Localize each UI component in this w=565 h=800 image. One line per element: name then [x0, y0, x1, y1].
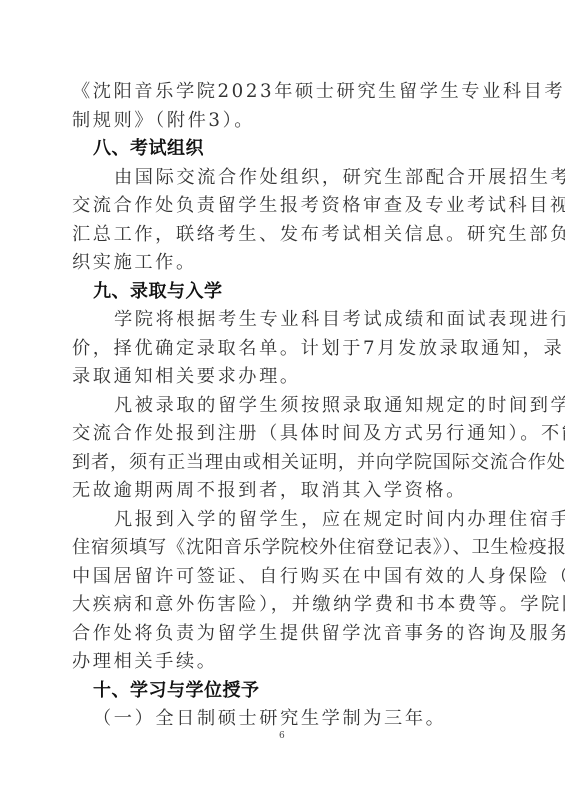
- paragraph-line: 合作处将负责为留学生提供留学沈音事务的咨询及服务，并协助: [72, 620, 496, 649]
- paragraph-line: 中国居留许可签证、自行购买在中国有效的人身保险（须包含重: [72, 563, 496, 592]
- paragraph-line: 交流合作处报到注册（具体时间及方式另行通知）。不能按时报: [72, 420, 496, 449]
- paragraph-line: 价，择优确定录取名单。计划于7月发放录取通知，录取手续按: [72, 335, 496, 364]
- paragraph-line: 大疾病和意外伤害险），并缴纳学费和书本费等。学院国际交流: [72, 591, 496, 620]
- paragraph-line: 凡报到入学的留学生，应在规定时间内办理住宿手续（校外: [72, 506, 496, 535]
- paragraph-line: 汇总工作，联络考生、发布考试相关信息。研究生部负责考试组: [72, 221, 496, 250]
- page-number: 6: [279, 731, 285, 741]
- paragraph-line: 住宿须填写《沈阳音乐学院校外住宿登记表》）、卫生检疫报告、: [72, 534, 496, 563]
- paragraph-line: 织实施工作。: [72, 249, 496, 278]
- document-page: 《沈阳音乐学院2023年硕士研究生留学生专业科目考试视频录 制规则》（附件3）。…: [72, 78, 496, 734]
- section-heading-exam-organization: 八、考试组织: [72, 135, 496, 164]
- section-heading-study-and-degree: 十、学习与学位授予: [72, 677, 496, 706]
- paragraph-line: 交流合作处负责留学生报考资格审查及专业考试科目视频收集: [72, 192, 496, 221]
- paragraph-line: 凡被录取的留学生须按照录取通知规定的时间到学院国际: [72, 392, 496, 421]
- paragraph-line: 无故逾期两周不报到者，取消其入学资格。: [72, 477, 496, 506]
- paragraph-line: 学院将根据考生专业科目考试成绩和面试表现进行综合评: [72, 306, 496, 335]
- paragraph-line: 到者，须有正当理由或相关证明，并向学院国际交流合作处请假。: [72, 449, 496, 478]
- paragraph-line: 录取通知相关要求办理。: [72, 363, 496, 392]
- paragraph-line: 制规则》（附件3）。: [72, 107, 496, 136]
- paragraph-line: 《沈阳音乐学院2023年硕士研究生留学生专业科目考试视频录: [72, 78, 496, 107]
- paragraph-line: 办理相关手续。: [72, 648, 496, 677]
- paragraph-line: 由国际交流合作处组织，研究生部配合开展招生考试。国际: [72, 164, 496, 193]
- paragraph-line: （一）全日制硕士研究生学制为三年。: [72, 705, 496, 734]
- section-heading-admission: 九、录取与入学: [72, 278, 496, 307]
